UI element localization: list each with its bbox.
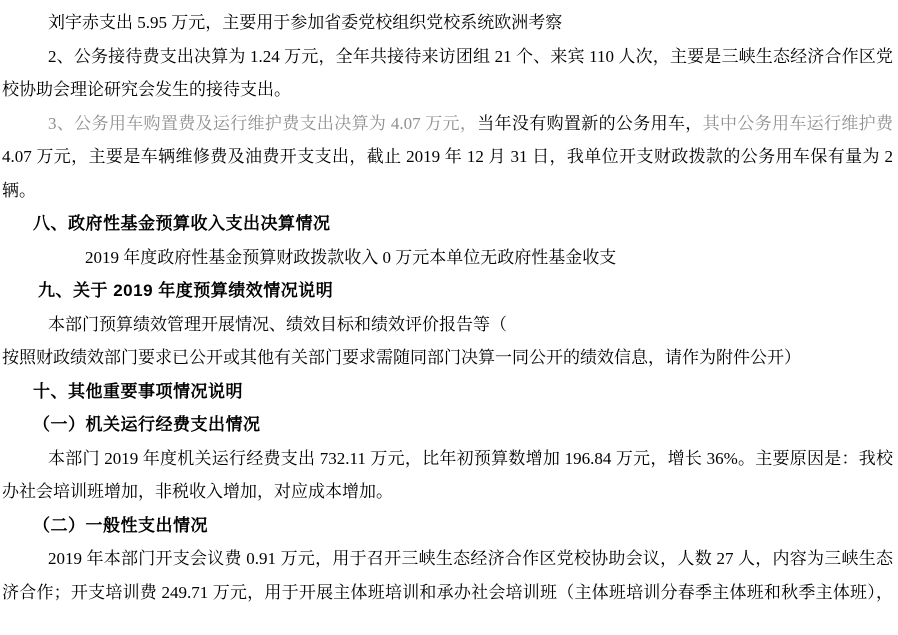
subsection-heading-1-operating: （一）机关运行经费支出情况 bbox=[0, 408, 898, 442]
subsection-heading-2-general: （二）一般性支出情况 bbox=[0, 509, 898, 543]
paragraph-line-reception-wrap: 校协助会理论研究会发生的接待支出。 bbox=[0, 73, 898, 107]
paragraph-line-vehicle-expense: 3、公务用车购置费及运行维护费支出决算为 4.07 万元，当年没有购置新的公务用… bbox=[0, 107, 898, 141]
paragraph-line-performance-2: 按照财政绩效部门要求已公开或其他有关部门要求需随同部门决算一同公开的绩效信息，请… bbox=[0, 341, 898, 375]
paragraph-line-general-expense: 2019 年本部门开支会议费 0.91 万元，用于召开三峡生态经济合作区党校协助… bbox=[0, 542, 898, 576]
section-heading-8-gov-fund: 八、政府性基金预算收入支出决算情况 bbox=[0, 207, 898, 241]
paragraph-line-operating-wrap: 办社会培训班增加，非税收入增加，对应成本增加。 bbox=[0, 475, 898, 509]
vehicle-expense-muted-text-2: 其中公务用车运行维护费 bbox=[703, 114, 893, 133]
paragraph-line-travel-expense: 刘宇赤支出 5.95 万元，主要用于参加省委党校组织党校系统欧洲考察 bbox=[0, 6, 898, 40]
paragraph-line-operating-expense: 本部门 2019 年度机关运行经费支出 732.11 万元，比年初预算数增加 1… bbox=[0, 442, 898, 476]
section-heading-10-other-matters: 十、其他重要事项情况说明 bbox=[0, 375, 898, 409]
document-page: 刘宇赤支出 5.95 万元，主要用于参加省委党校组织党校系统欧洲考察 2、公务接… bbox=[0, 0, 898, 635]
vehicle-expense-emphasis-text: 当年没有购置新的公务用车， bbox=[477, 114, 702, 133]
section-heading-9-performance: 九、关于 2019 年度预算绩效情况说明 bbox=[0, 274, 898, 308]
vehicle-expense-muted-text-1: 3、公务用车购置费及运行维护费支出决算为 4.07 万元， bbox=[48, 114, 477, 133]
paragraph-line-performance-1: 本部门预算绩效管理开展情况、绩效目标和绩效评价报告等（ bbox=[0, 308, 898, 342]
paragraph-line-vehicle-wrap-1: 4.07 万元，主要是车辆维修费及油费开支支出，截止 2019 年 12 月 3… bbox=[0, 140, 898, 174]
paragraph-line-general-wrap: 济合作；开支培训费 249.71 万元，用于开展主体班培训和承办社会培训班（主体… bbox=[0, 576, 898, 610]
paragraph-line-gov-fund-detail: 2019 年度政府性基金预算财政拨款收入 0 万元本单位无政府性基金收支 bbox=[0, 241, 898, 275]
paragraph-line-reception-expense: 2、公务接待费支出决算为 1.24 万元，全年共接待来访团组 21 个、来宾 1… bbox=[0, 40, 898, 74]
paragraph-line-vehicle-wrap-2: 辆。 bbox=[0, 174, 898, 208]
